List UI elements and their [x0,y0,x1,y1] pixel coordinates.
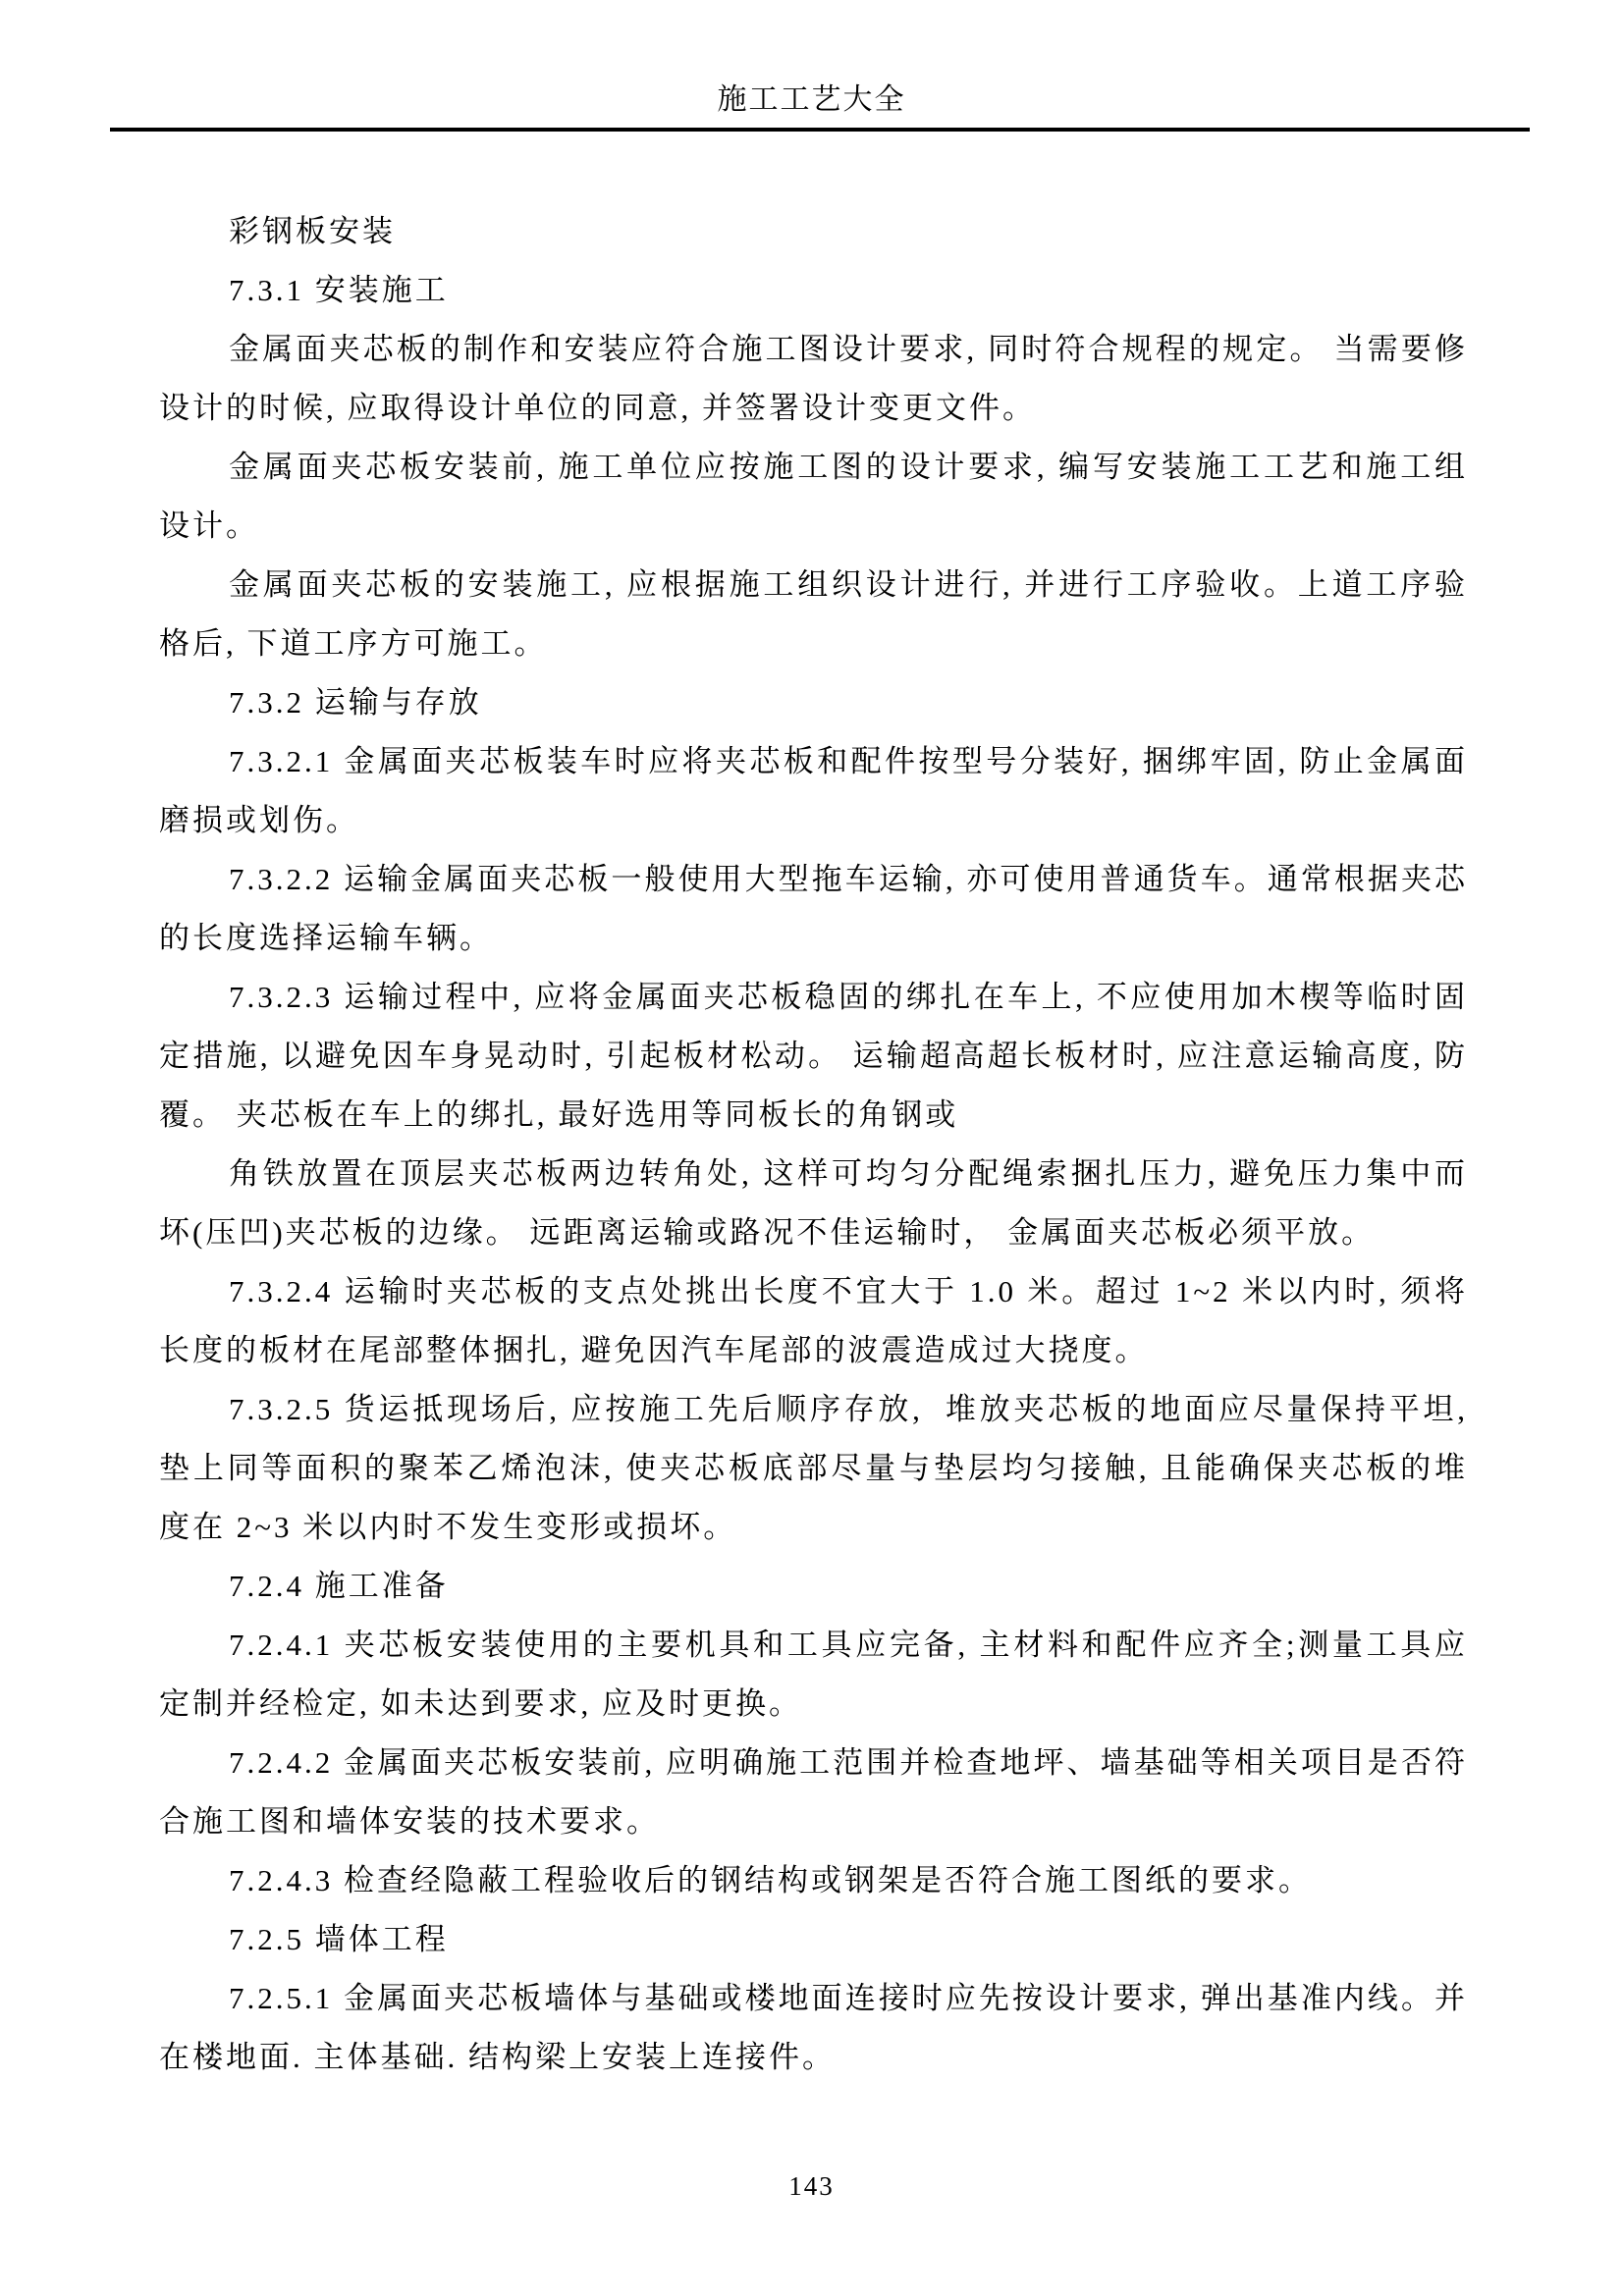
text-line: 在楼地面. 主体基础. 结构梁上安装上连接件。 [159,2028,1468,2087]
page-header-title: 施工工艺大全 [0,75,1623,118]
text-line: 格后, 下道工序方可施工。 [159,614,1468,673]
text-line: 垫上同等面积的聚苯乙烯泡沫, 使夹芯板底部尽量与垫层均匀接触, 且能确保夹芯板的… [159,1439,1468,1498]
text-line: 坏(压凹)夹芯板的边缘。 远距离运输或路况不佳运输时， 金属面夹芯板必须平放。 [159,1203,1468,1262]
page-number: 143 [0,2171,1623,2202]
text-line: 合施工图和墙体安装的技术要求。 [159,1792,1468,1851]
text-line: 定制并经检定, 如未达到要求, 应及时更换。 [159,1675,1468,1734]
text-line: 角铁放置在顶层夹芯板两边转角处, 这样可均匀分配绳索捆扎压力, 避免压力集中而损 [159,1145,1468,1203]
text-line: 覆。 夹芯板在车上的绑扎, 最好选用等同板长的角钢或 [159,1086,1468,1145]
text-line: 7.3.1 安装施工 [159,261,1468,320]
text-line: 金属面夹芯板的制作和安装应符合施工图设计要求, 同时符合规程的规定。 当需要修改 [159,320,1468,379]
header-rule [110,128,1530,132]
text-line: 长度的板材在尾部整体捆扎, 避免因汽车尾部的波震造成过大挠度。 [159,1321,1468,1380]
text-line: 7.2.4.3 检查经隐蔽工程验收后的钢结构或钢架是否符合施工图纸的要求。 [159,1851,1468,1910]
text-line: 7.3.2.2 运输金属面夹芯板一般使用大型拖车运输, 亦可使用普通货车。通常根… [159,850,1468,909]
text-line: 磨损或划伤。 [159,791,1468,850]
document-page: 施工工艺大全 彩钢板安装7.3.1 安装施工金属面夹芯板的制作和安装应符合施工图… [0,0,1623,2296]
text-line: 7.3.2.3 运输过程中, 应将金属面夹芯板稳固的绑扎在车上, 不应使用加木楔… [159,968,1468,1027]
text-line: 7.3.2.4 运输时夹芯板的支点处挑出长度不宜大于 1.0 米。超过 1~2 … [159,1262,1468,1321]
text-line: 度在 2~3 米以内时不发生变形或损坏。 [159,1498,1468,1557]
text-line: 金属面夹芯板安装前, 施工单位应按施工图的设计要求, 编写安装施工工艺和施工组织 [159,438,1468,497]
text-line: 7.3.2.5 货运抵现场后, 应按施工先后顺序存放, 堆放夹芯板的地面应尽量保… [159,1380,1468,1439]
text-line: 的长度选择运输车辆。 [159,909,1468,968]
text-line: 7.2.4 施工准备 [159,1557,1468,1616]
text-line: 设计的时候, 应取得设计单位的同意, 并签署设计变更文件。 [159,379,1468,438]
text-line: 7.2.4.2 金属面夹芯板安装前, 应明确施工范围并检查地坪、墙基础等相关项目… [159,1734,1468,1792]
text-line: 7.2.4.1 夹芯板安装使用的主要机具和工具应完备, 主材料和配件应齐全;测量… [159,1616,1468,1675]
text-line: 彩钢板安装 [159,202,1468,261]
text-line: 7.2.5 墙体工程 [159,1910,1468,1969]
text-line: 设计。 [159,497,1468,556]
text-line: 金属面夹芯板的安装施工, 应根据施工组织设计进行, 并进行工序验收。上道工序验收… [159,556,1468,614]
text-line: 7.3.2 运输与存放 [159,673,1468,732]
text-line: 7.3.2.1 金属面夹芯板装车时应将夹芯板和配件按型号分装好, 捆绑牢固, 防… [159,732,1468,791]
text-line: 定措施, 以避免因车身晃动时, 引起板材松动。 运输超高超长板材时, 应注意运输… [159,1027,1468,1086]
document-body: 彩钢板安装7.3.1 安装施工金属面夹芯板的制作和安装应符合施工图设计要求, 同… [159,202,1468,2087]
text-line: 7.2.5.1 金属面夹芯板墙体与基础或楼地面连接时应先按设计要求, 弹出基准内… [159,1969,1468,2028]
